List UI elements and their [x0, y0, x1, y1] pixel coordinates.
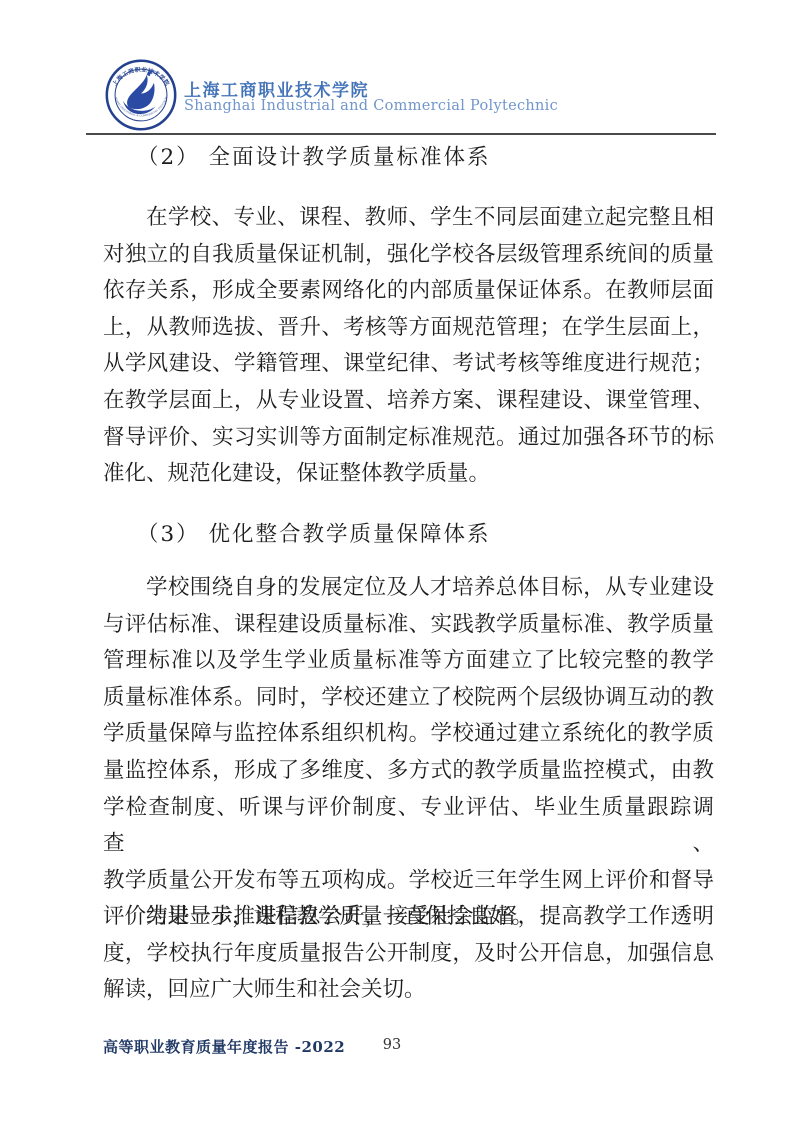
text-line: 依存关系，形成全要素网络化的内部质量保证体系。在教师层面: [103, 273, 714, 310]
text-line: 学质量保障与监控体系组织机构。学校通过建立系统化的教学质: [103, 716, 714, 753]
text-line: 质量标准体系。同时，学校还建立了校院两个层级协调互动的教: [103, 680, 714, 717]
text-line: 与评估标准、课程建设质量标准、实践教学质量标准、教学质量: [103, 607, 714, 644]
text-line: 准化、规范化建设，保证整体教学质量。: [103, 456, 714, 493]
text-line: 量监控体系，形成了多维度、多方式的教学质量监控模式，由教: [103, 753, 714, 790]
header-divider: [86, 133, 716, 135]
text-line: 解读，回应广大师生和社会关切。: [103, 972, 714, 1009]
text-line: 为进一步推进信息公开，接受社会监督，提高教学工作透明: [103, 899, 714, 936]
school-name-en: Shanghai Industrial and Commercial Polyt…: [184, 98, 558, 114]
paragraph-3: 为进一步推进信息公开，接受社会监督，提高教学工作透明 度，学校执行年度质量报告公…: [103, 899, 714, 1009]
text-line: 学校围绕自身的发展定位及人才培养总体目标，从专业建设: [103, 570, 714, 607]
text-line: 管理标准以及学生学业质量标准等方面建立了比较完整的教学: [103, 643, 714, 680]
text-line: 对独立的自我质量保证机制，强化学校各层级管理系统间的质量: [103, 237, 714, 274]
text-line: 在学校、专业、课程、教师、学生不同层面建立起完整且相: [103, 200, 714, 237]
text-line: 从学风建设、学籍管理、课堂纪律、考试考核等维度进行规范；: [103, 346, 714, 383]
section-heading-2: （2） 全面设计教学质量标准体系: [103, 147, 715, 169]
text-line: 度，学校执行年度质量报告公开制度，及时公开信息，加强信息: [103, 936, 714, 973]
text-line: 上，从教师选拔、晋升、考核等方面规范管理；在学生层面上，: [103, 310, 714, 347]
page-number: 93: [362, 1037, 422, 1053]
section-heading-3: （3） 优化整合教学质量保障体系: [103, 524, 715, 546]
text-line: 在教学层面上，从专业设置、培养方案、课程建设、课堂管理、: [103, 383, 714, 420]
text-line: 督导评价、实习实训等方面制定标准规范。通过加强各环节的标: [103, 420, 714, 457]
text-line: 学检查制度、听课与评价制度、专业评估、毕业生质量跟踪调查、: [103, 790, 714, 863]
paragraph-1: 在学校、专业、课程、教师、学生不同层面建立起完整且相 对独立的自我质量保证机制，…: [103, 200, 714, 493]
paragraph-2: 学校围绕自身的发展定位及人才培养总体目标，从专业建设 与评估标准、课程建设质量标…: [103, 570, 714, 936]
school-emblem-icon: 上海工商职业技术学院 SHANGHAI INDUSTRIAL & COMMERC…: [105, 59, 177, 131]
document-page: 上海工商职业技术学院 SHANGHAI INDUSTRIAL & COMMERC…: [0, 0, 793, 1122]
text-line: 教学质量公开发布等五项构成。学校近三年学生网上评价和督导: [103, 863, 714, 900]
footer-report-title: 高等职业教育质量年度报告 -2022: [103, 1036, 345, 1057]
